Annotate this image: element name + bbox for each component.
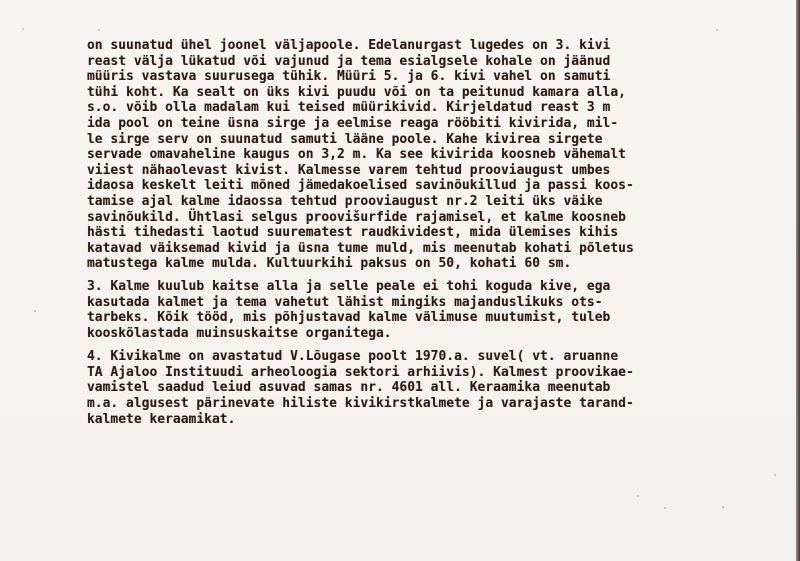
- text-line: s.o. võib olla madalam kui teised müürik…: [87, 100, 787, 116]
- text-line: kalmete keraamikat.: [87, 412, 787, 428]
- dust-speck: [722, 506, 724, 508]
- paragraph-description: on suunatud ühel joonel väljapoole. Edel…: [87, 38, 787, 272]
- text-line: ida pool on teine üsna sirge ja eelmise …: [87, 116, 787, 132]
- text-line: hästi tihedasti laotud suurematest raudk…: [87, 225, 787, 241]
- text-line: 4. Kivikalme on avastatud V.Lõugase pool…: [87, 349, 787, 365]
- text-line: servade omavaheline kaugus on 3,2 m. Ka …: [87, 147, 787, 163]
- text-line: viiest nähaolevast kivist. Kalmesse vare…: [87, 163, 787, 179]
- text-line: tühi koht. Ka sealt on üks kivi puudu võ…: [87, 85, 787, 101]
- text-line: m.a. algusest pärinevate hiliste kivikir…: [87, 396, 787, 412]
- text-line: tamise ajal kalme idaossa tehtud proovia…: [87, 194, 787, 210]
- text-line: on suunatud ühel joonel väljapoole. Edel…: [87, 38, 787, 54]
- text-line: reast välja lükatud või vajunud ja tema …: [87, 54, 787, 70]
- text-line: le sirge serv on suunatud samuti lääne p…: [87, 132, 787, 148]
- text-line: idaosa keskelt leiti mõned jämedakoelise…: [87, 178, 787, 194]
- dust-speck: [22, 28, 24, 30]
- text-line: kooskõlastada muinsuskaitse organitega.: [87, 326, 787, 342]
- dust-speck: [716, 29, 718, 31]
- dust-speck: [774, 474, 776, 476]
- text-line: müüris vastava suurusega tühik. Müüri 5.…: [87, 69, 787, 85]
- text-line: tarbeks. Kõik tööd, mis põhjustavad kalm…: [87, 310, 787, 326]
- text-line: savinõukild. Ühtlasi selgus proovišurfid…: [87, 210, 787, 226]
- dust-speck: [98, 29, 100, 31]
- text-line: TA Ajaloo Instituudi arheoloogia sektori…: [87, 365, 787, 381]
- paragraph-4-discovery: 4. Kivikalme on avastatud V.Lõugase pool…: [87, 349, 787, 427]
- paragraph-3-protection: 3. Kalme kuulub kaitse alla ja selle pea…: [87, 279, 787, 341]
- text-line: vamistel saadud leiud asuvad samas nr. 4…: [87, 380, 787, 396]
- text-line: katavad väiksemad kivid ja üsna tume mul…: [87, 241, 787, 257]
- text-line: matustega kalme mulda. Kultuurkihi paksu…: [87, 256, 787, 272]
- film-frame-edge: [796, 0, 800, 561]
- dust-speck: [637, 495, 639, 497]
- text-line: kasutada kalmet ja tema vahetut lähist m…: [87, 295, 787, 311]
- dust-speck: [34, 310, 36, 312]
- typewritten-text: on suunatud ühel joonel väljapoole. Edel…: [87, 38, 787, 427]
- dust-speck: [664, 507, 666, 509]
- text-line: 3. Kalme kuulub kaitse alla ja selle pea…: [87, 279, 787, 295]
